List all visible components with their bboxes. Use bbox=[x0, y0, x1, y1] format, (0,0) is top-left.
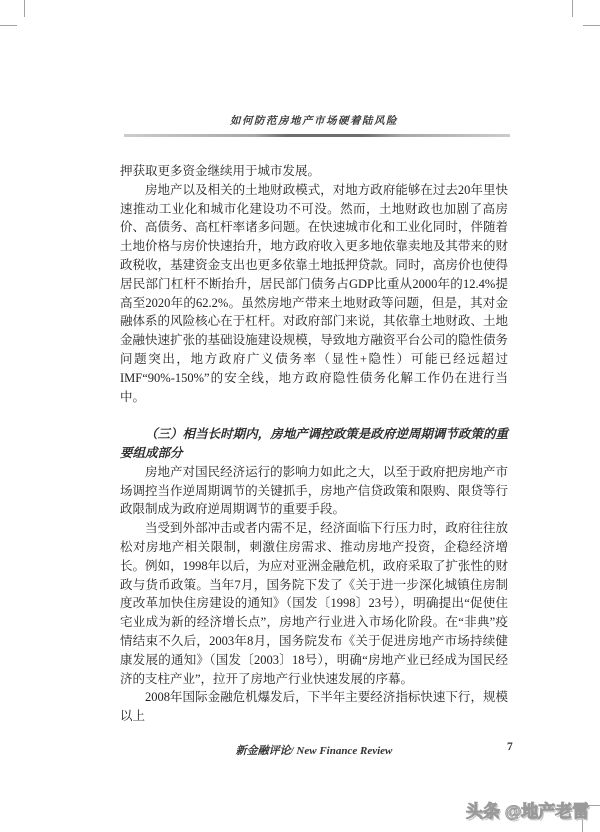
crop-mark-top-right-vertical bbox=[572, 0, 573, 17]
paragraph-continuation: 押获取更多资金继续用于城市发展。 bbox=[120, 162, 508, 181]
header-rule bbox=[124, 134, 510, 137]
running-head-title: 如何防范房地产市场硬着陆风险 bbox=[120, 113, 508, 128]
body-text-column: 押获取更多资金继续用于城市发展。 房地产以及相关的土地财政模式，对地方政府能够在… bbox=[120, 162, 508, 726]
paragraph: 房地产对国民经济运行的影响力如此之大，以至于政府把房地产市场调控当作逆周期调节的… bbox=[120, 463, 508, 519]
section-heading: （三）相当长时期内，房地产调控政策是政府逆周期调节政策的重要组成部分 bbox=[120, 425, 508, 463]
crop-mark-top-right-horizontal bbox=[583, 25, 600, 26]
paragraph: 当受到外部冲击或者内需不足，经济面临下行压力时，政府往往放松对房地产相关限制，刺… bbox=[120, 519, 508, 688]
footer-journal-title: 新金融评论/ New Finance Review bbox=[120, 742, 508, 758]
paragraph: 2008年国际金融危机爆发后，下半年主要经济指标快速下行，规模以上 bbox=[120, 688, 508, 726]
watermark-text: 头条 @地产老雷 bbox=[466, 797, 589, 822]
crop-mark-top-left-horizontal bbox=[0, 25, 17, 26]
crop-mark-top-left-vertical bbox=[24, 0, 25, 17]
page-number: 7 bbox=[507, 741, 513, 753]
paragraph: 房地产以及相关的土地财政模式，对地方政府能够在过去20年里快速推动工业化和城市化… bbox=[120, 181, 508, 407]
document-page: 如何防范房地产市场硬着陆风险 押获取更多资金继续用于城市发展。 房地产以及相关的… bbox=[0, 0, 600, 832]
